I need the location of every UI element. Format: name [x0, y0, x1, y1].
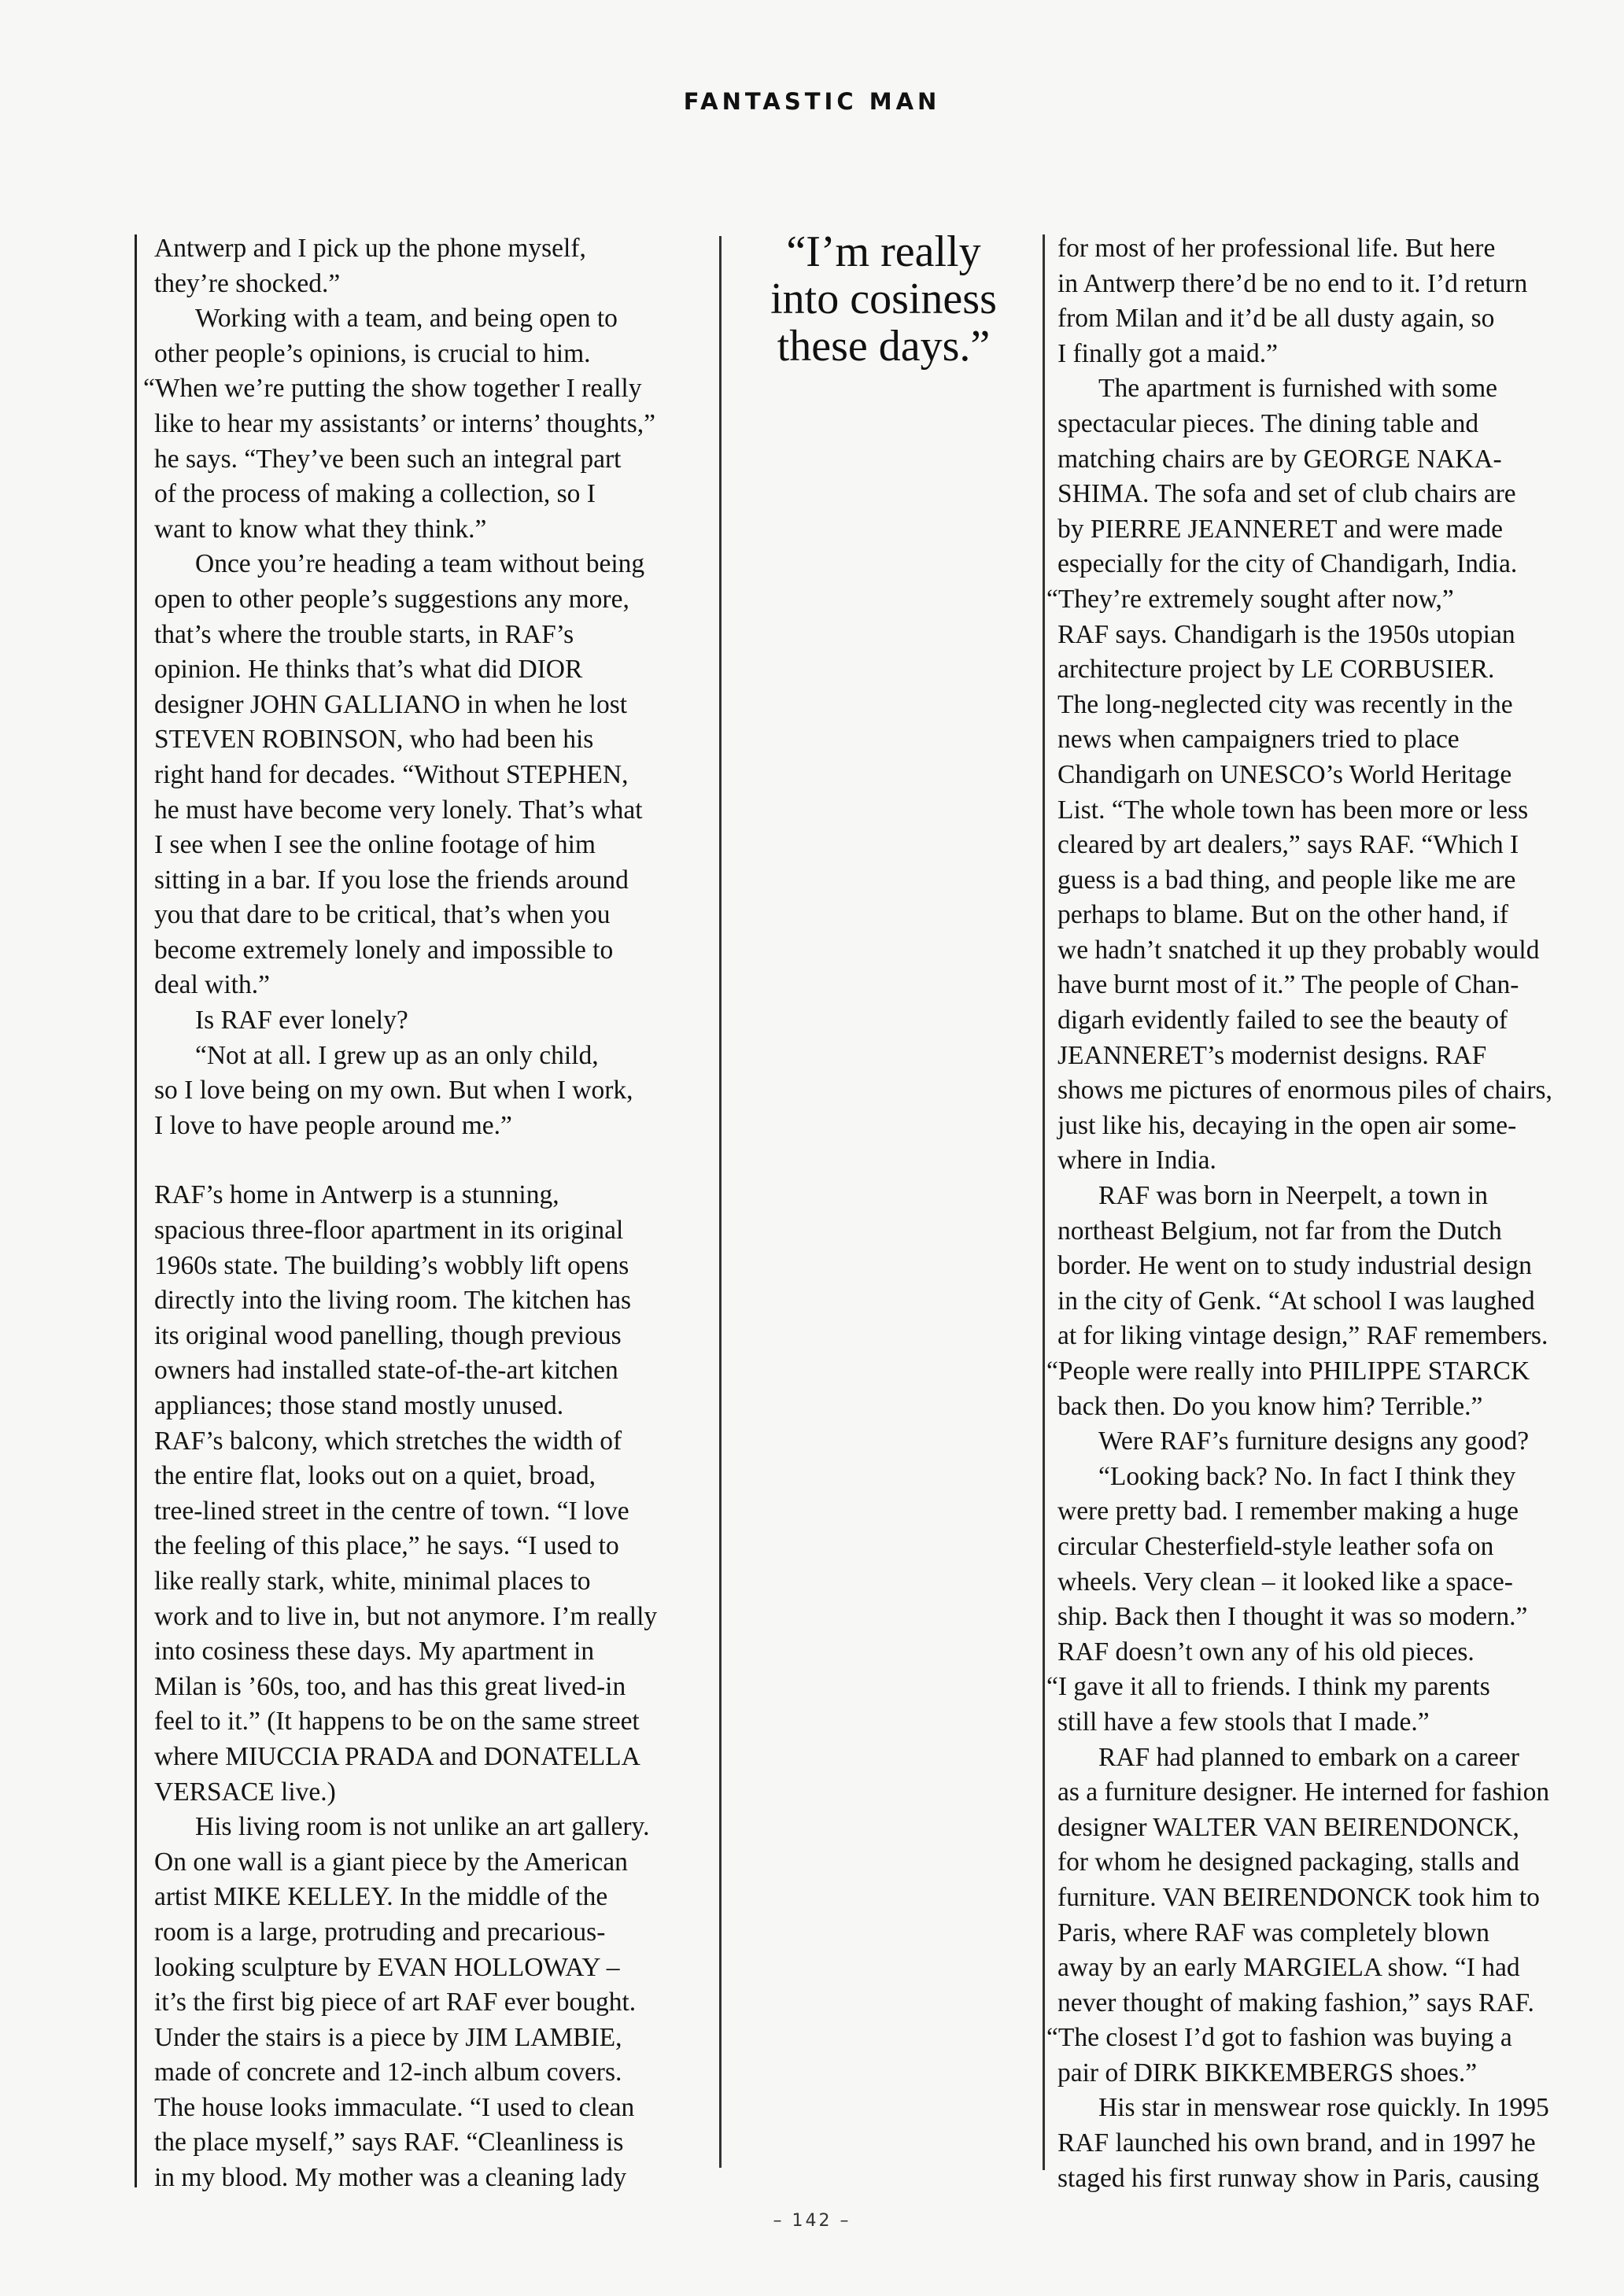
- text-line: like really stark, white, minimal places…: [154, 1564, 705, 1600]
- text-line: VERSACE live.): [154, 1775, 705, 1811]
- text-line: “When we’re putting the show together I …: [143, 371, 705, 407]
- text-line: architecture project by LE CORBUSIER.: [1057, 652, 1608, 688]
- paragraph-break: [154, 1143, 705, 1178]
- text-line: spectacular pieces. The dining table and: [1057, 407, 1608, 442]
- column-rule-middle: [719, 236, 722, 2168]
- text-line: news when campaigners tried to place: [1057, 722, 1608, 758]
- pull-quote-line: these days.”: [740, 323, 1028, 370]
- text-line: “Looking back? No. In fact I think they: [1057, 1460, 1608, 1495]
- text-line: as a furniture designer. He interned for…: [1057, 1775, 1608, 1811]
- text-line: for whom he designed packaging, stalls a…: [1057, 1845, 1608, 1881]
- text-line: border. He went on to study industrial d…: [1057, 1249, 1608, 1284]
- text-line: furniture. VAN BEIRENDONCK took him to: [1057, 1881, 1608, 1916]
- text-line: Once you’re heading a team without being: [154, 547, 705, 582]
- text-line: the feeling of this place,” he says. “I …: [154, 1529, 705, 1564]
- text-line: back then. Do you know him? Terrible.”: [1057, 1390, 1608, 1425]
- text-line: “The closest I’d got to fashion was buyi…: [1046, 2021, 1608, 2056]
- text-line: northeast Belgium, not far from the Dutc…: [1057, 1214, 1608, 1250]
- text-line: Paris, where RAF was completely blown: [1057, 1916, 1608, 1951]
- text-line: digarh evidently failed to see the beaut…: [1057, 1003, 1608, 1039]
- text-line: wheels. Very clean – it looked like a sp…: [1057, 1565, 1608, 1600]
- column-rule-right: [1043, 234, 1045, 2170]
- text-line: designer JOHN GALLIANO in when he lost: [154, 688, 705, 723]
- text-line: I love to have people around me.”: [154, 1109, 705, 1144]
- text-line: where MIUCCIA PRADA and DONATELLA: [154, 1740, 705, 1775]
- text-line: SHIMA. The sofa and set of club chairs a…: [1057, 477, 1608, 512]
- text-line: RAF’s home in Antwerp is a stunning,: [154, 1178, 705, 1213]
- text-line: from Milan and it’d be all dusty again, …: [1057, 301, 1608, 337]
- text-line: work and to live in, but not anymore. I’…: [154, 1600, 705, 1635]
- text-line: into cosiness these days. My apartment i…: [154, 1634, 705, 1670]
- text-line: deal with.”: [154, 968, 705, 1003]
- text-line: List. “The whole town has been more or l…: [1057, 793, 1608, 829]
- text-line: The long-neglected city was recently in …: [1057, 688, 1608, 723]
- text-line: just like his, decaying in the open air …: [1057, 1109, 1608, 1144]
- text-line: were pretty bad. I remember making a hug…: [1057, 1494, 1608, 1530]
- text-line: especially for the city of Chandigarh, I…: [1057, 547, 1608, 582]
- text-line: open to other people’s suggestions any m…: [154, 582, 705, 618]
- text-line: matching chairs are by GEORGE NAKA-: [1057, 442, 1608, 478]
- article-column-left: Antwerp and I pick up the phone myself,t…: [154, 231, 705, 2196]
- text-line: On one wall is a giant piece by the Amer…: [154, 1845, 705, 1881]
- text-line: for most of her professional life. But h…: [1057, 231, 1608, 267]
- text-line: want to know what they think.”: [154, 512, 705, 548]
- text-line: owners had installed state-of-the-art ki…: [154, 1353, 705, 1389]
- text-line: so I love being on my own. But when I wo…: [154, 1073, 705, 1109]
- text-line: The house looks immaculate. “I used to c…: [154, 2091, 705, 2126]
- pull-quote-line: into cosiness: [740, 275, 1028, 323]
- text-line: RAF had planned to embark on a career: [1057, 1740, 1608, 1776]
- text-line: of the process of making a collection, s…: [154, 477, 705, 512]
- text-line: at for liking vintage design,” RAF remem…: [1057, 1319, 1608, 1354]
- text-line: Milan is ’60s, too, and has this great l…: [154, 1670, 705, 1705]
- text-line: made of concrete and 12-inch album cover…: [154, 2055, 705, 2091]
- text-line: designer WALTER VAN BEIRENDONCK,: [1057, 1811, 1608, 1846]
- text-line: by PIERRE JEANNERET and were made: [1057, 512, 1608, 548]
- text-line: guess is a bad thing, and people like me…: [1057, 863, 1608, 899]
- text-line: room is a large, protruding and precario…: [154, 1915, 705, 1951]
- text-line: become extremely lonely and impossible t…: [154, 933, 705, 969]
- text-line: never thought of making fashion,” says R…: [1057, 1986, 1608, 2021]
- text-line: Working with a team, and being open to: [154, 301, 705, 337]
- text-line: shows me pictures of enormous piles of c…: [1057, 1073, 1608, 1109]
- text-line: the entire flat, looks out on a quiet, b…: [154, 1459, 705, 1494]
- text-line: appliances; those stand mostly unused.: [154, 1389, 705, 1424]
- text-line: artist MIKE KELLEY. In the middle of the: [154, 1880, 705, 1915]
- text-line: cleared by art dealers,” says RAF. “Whic…: [1057, 828, 1608, 863]
- text-line: right hand for decades. “Without STEPHEN…: [154, 758, 705, 793]
- text-line: RAF doesn’t own any of his old pieces.: [1057, 1635, 1608, 1670]
- text-line: I see when I see the online footage of h…: [154, 828, 705, 863]
- text-line: the place myself,” says RAF. “Cleanlines…: [154, 2125, 705, 2161]
- text-line: RAF says. Chandigarh is the 1950s utopia…: [1057, 618, 1608, 653]
- text-line: I finally got a maid.”: [1057, 337, 1608, 372]
- text-line: have burnt most of it.” The people of Ch…: [1057, 968, 1608, 1003]
- text-line: spacious three-floor apartment in its or…: [154, 1213, 705, 1249]
- text-line: they’re shocked.”: [154, 267, 705, 302]
- text-line: pair of DIRK BIKKEMBERGS shoes.”: [1057, 2056, 1608, 2091]
- text-line: feel to it.” (It happens to be on the sa…: [154, 1704, 705, 1740]
- text-line: looking sculpture by EVAN HOLLOWAY –: [154, 1951, 705, 1986]
- text-line: Chandigarh on UNESCO’s World Heritage: [1057, 758, 1608, 793]
- text-line: STEVEN ROBINSON, who had been his: [154, 722, 705, 758]
- text-line: in my blood. My mother was a cleaning la…: [154, 2161, 705, 2196]
- text-line: “People were really into PHILIPPE STARCK: [1046, 1354, 1608, 1390]
- article-column-right: for most of her professional life. But h…: [1057, 231, 1608, 2196]
- text-line: Antwerp and I pick up the phone myself,: [154, 231, 705, 267]
- text-line: His living room is not unlike an art gal…: [154, 1810, 705, 1845]
- text-line: staged his first runway show in Paris, c…: [1057, 2161, 1608, 2197]
- text-line: he says. “They’ve been such an integral …: [154, 442, 705, 478]
- pull-quote: “I’m really into cosiness these days.”: [740, 228, 1028, 370]
- text-line: The apartment is furnished with some: [1057, 371, 1608, 407]
- text-line: he must have become very lonely. That’s …: [154, 793, 705, 829]
- text-line: we hadn’t snatched it up they probably w…: [1057, 933, 1608, 969]
- text-line: that’s where the trouble starts, in RAF’…: [154, 618, 705, 653]
- text-line: other people’s opinions, is crucial to h…: [154, 337, 705, 372]
- text-line: its original wood panelling, though prev…: [154, 1319, 705, 1354]
- text-line: like to hear my assistants’ or interns’ …: [154, 407, 705, 442]
- text-line: it’s the first big piece of art RAF ever…: [154, 1985, 705, 2021]
- text-line: RAF was born in Neerpelt, a town in: [1057, 1179, 1608, 1214]
- text-line: away by an early MARGIELA show. “I had: [1057, 1951, 1608, 1986]
- text-line: opinion. He thinks that’s what did DIOR: [154, 652, 705, 688]
- text-line: you that dare to be critical, that’s whe…: [154, 898, 705, 933]
- text-line: RAF launched his own brand, and in 1997 …: [1057, 2126, 1608, 2161]
- text-line: still have a few stools that I made.”: [1057, 1705, 1608, 1740]
- text-line: Is RAF ever lonely?: [154, 1003, 705, 1039]
- text-line: “Not at all. I grew up as an only child,: [154, 1039, 705, 1074]
- text-line: 1960s state. The building’s wobbly lift …: [154, 1249, 705, 1284]
- text-line: in the city of Genk. “At school I was la…: [1057, 1284, 1608, 1320]
- page-number: – 142 –: [0, 2211, 1624, 2231]
- column-rule-left: [135, 234, 137, 2187]
- text-line: His star in menswear rose quickly. In 19…: [1057, 2091, 1608, 2126]
- text-line: RAF’s balcony, which stretches the width…: [154, 1424, 705, 1460]
- text-line: sitting in a bar. If you lose the friend…: [154, 863, 705, 899]
- text-line: Under the stairs is a piece by JIM LAMBI…: [154, 2021, 705, 2056]
- text-line: circular Chesterfield-style leather sofa…: [1057, 1530, 1608, 1565]
- text-line: Were RAF’s furniture designs any good?: [1057, 1424, 1608, 1460]
- magazine-masthead: FANTASTIC MAN: [0, 88, 1624, 115]
- text-line: JEANNERET’s modernist designs. RAF: [1057, 1039, 1608, 1074]
- text-line: ship. Back then I thought it was so mode…: [1057, 1600, 1608, 1635]
- text-line: tree-lined street in the centre of town.…: [154, 1494, 705, 1530]
- text-line: in Antwerp there’d be no end to it. I’d …: [1057, 267, 1608, 302]
- pull-quote-line: “I’m really: [740, 228, 1028, 275]
- text-line: “They’re extremely sought after now,”: [1046, 582, 1608, 618]
- text-line: perhaps to blame. But on the other hand,…: [1057, 898, 1608, 933]
- text-line: where in India.: [1057, 1143, 1608, 1179]
- text-line: directly into the living room. The kitch…: [154, 1283, 705, 1319]
- text-line: “I gave it all to friends. I think my pa…: [1046, 1670, 1608, 1705]
